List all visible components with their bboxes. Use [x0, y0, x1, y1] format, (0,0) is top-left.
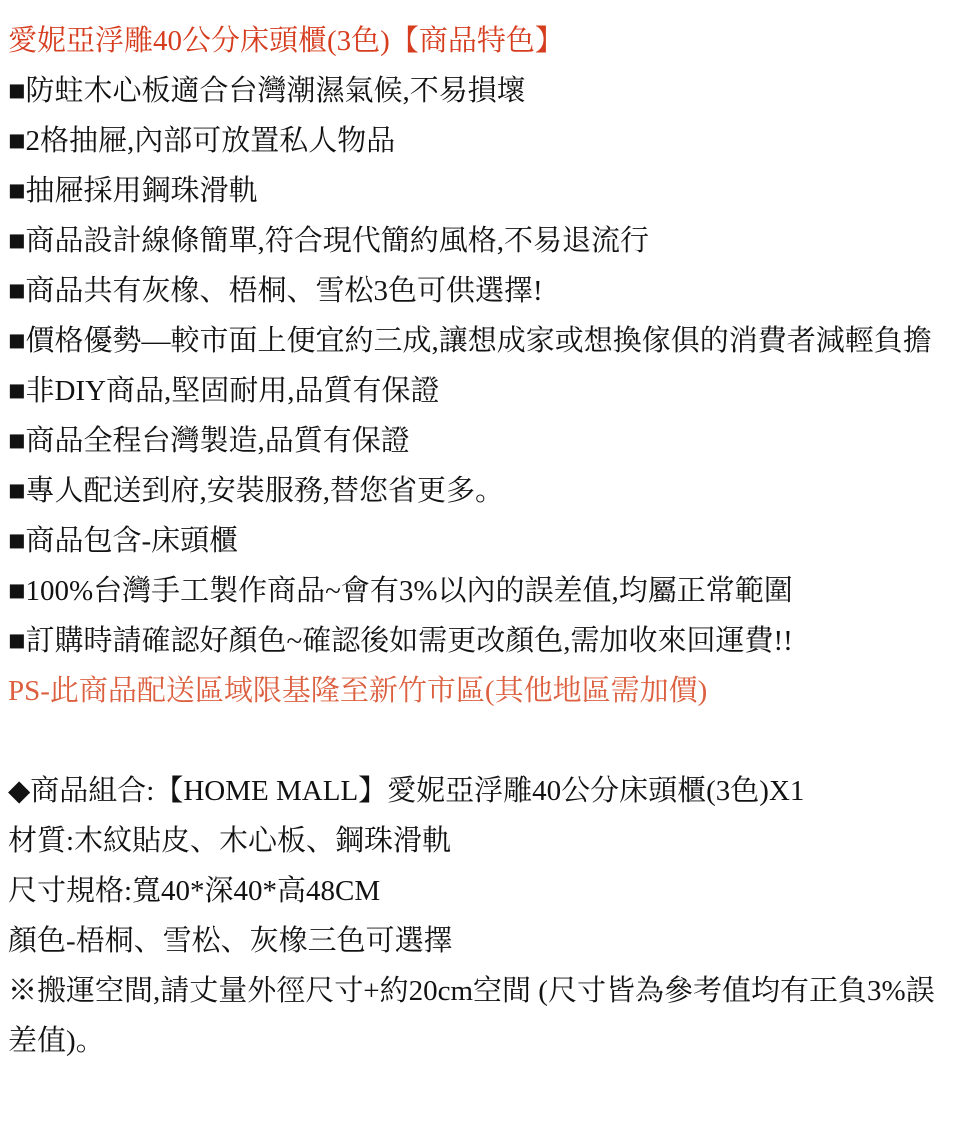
- feature-line: ■100%台灣手工製作商品~會有3%以內的誤差值,均屬正常範圍: [8, 566, 942, 616]
- feature-line: ■訂購時請確認好顏色~確認後如需更改顏色,需加收來回運費!!: [8, 616, 942, 666]
- product-description-page: 愛妮亞浮雕40公分床頭櫃(3色)【商品特色】 ■防蛀木心板適合台灣潮濕氣候,不易…: [0, 0, 960, 1146]
- page-title: 愛妮亞浮雕40公分床頭櫃(3色)【商品特色】: [8, 16, 942, 66]
- spec-line-moving-space: ※搬運空間,請丈量外徑尺寸+約20cm空間 (尺寸皆為參考值均有正負3%誤差值)…: [8, 966, 942, 1066]
- spec-line-colors: 顏色-梧桐、雪松、灰橡三色可選擇: [8, 916, 942, 966]
- feature-line: ■商品包含-床頭櫃: [8, 516, 942, 566]
- feature-list: ■防蛀木心板適合台灣潮濕氣候,不易損壞 ■2格抽屜,內部可放置私人物品 ■抽屜採…: [8, 66, 942, 666]
- spec-line-combo: ◆商品組合:【HOME MALL】愛妮亞浮雕40公分床頭櫃(3色)X1: [8, 766, 942, 816]
- spec-line-dimensions: 尺寸規格:寬40*深40*高48CM: [8, 866, 942, 916]
- feature-line: ■防蛀木心板適合台灣潮濕氣候,不易損壞: [8, 66, 942, 116]
- feature-line: ■商品設計線條簡單,符合現代簡約風格,不易退流行: [8, 216, 942, 266]
- shipping-note: PS-此商品配送區域限基隆至新竹市區(其他地區需加價): [8, 666, 942, 716]
- feature-line: ■商品全程台灣製造,品質有保證: [8, 416, 942, 466]
- feature-line: ■商品共有灰橡、梧桐、雪松3色可供選擇!: [8, 266, 942, 316]
- feature-line: ■2格抽屜,內部可放置私人物品: [8, 116, 942, 166]
- spec-line-material: 材質:木紋貼皮、木心板、鋼珠滑軌: [8, 816, 942, 866]
- feature-line: ■價格優勢—較市面上便宜約三成,讓想成家或想換傢俱的消費者減輕負擔: [8, 316, 942, 366]
- feature-line: ■抽屜採用鋼珠滑軌: [8, 166, 942, 216]
- feature-line: ■專人配送到府,安裝服務,替您省更多。: [8, 466, 942, 516]
- spec-list: ◆商品組合:【HOME MALL】愛妮亞浮雕40公分床頭櫃(3色)X1 材質:木…: [8, 766, 942, 1066]
- feature-line: ■非DIY商品,堅固耐用,品質有保證: [8, 366, 942, 416]
